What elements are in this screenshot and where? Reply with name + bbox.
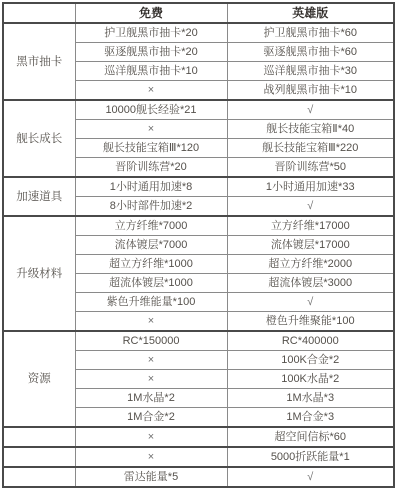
cell-free: 立方纤维*7000 [75,216,227,236]
cell-hero: 流体镀层*17000 [227,236,394,255]
cell-free: 1M合金*2 [75,408,227,428]
cell-hero: 巡洋舰黑市抽卡*30 [227,62,394,81]
cell-free: × [75,81,227,101]
cell-free: 超立方纤维*1000 [75,255,227,274]
group-label-empty-2 [3,447,75,467]
cell-free: RC*150000 [75,331,227,351]
table-row: 黑市抽卡 护卫舰黑市抽卡*20 护卫舰黑市抽卡*60 [3,23,394,43]
cell-free: 1小时通用加速*8 [75,177,227,197]
cell-free: 流体镀层*7000 [75,236,227,255]
cell-free: 晋阶训练营*20 [75,158,227,178]
cell-hero: 超流体镀层*3000 [227,274,394,293]
cell-free: × [75,351,227,370]
cell-free: 舰长技能宝箱Ⅲ*120 [75,139,227,158]
group-label-black-market: 黑市抽卡 [3,23,75,100]
table-row: 加速道具 1小时通用加速*8 1小时通用加速*33 [3,177,394,197]
cell-free: 1M水晶*2 [75,389,227,408]
cell-free: 巡洋舰黑市抽卡*10 [75,62,227,81]
cell-free: × [75,312,227,332]
cell-hero: 立方纤维*17000 [227,216,394,236]
cell-hero: 5000折跃能量*1 [227,447,394,467]
table-row: × 5000折跃能量*1 [3,447,394,467]
group-label-upgrade-materials: 升级材料 [3,216,75,331]
cell-hero: 舰长技能宝箱Ⅱ*40 [227,120,394,139]
group-label-speedup-items: 加速道具 [3,177,75,216]
cell-free: × [75,370,227,389]
group-label-empty-1 [3,427,75,447]
cell-hero: 超空间信标*60 [227,427,394,447]
cell-hero: 1M水晶*3 [227,389,394,408]
cell-hero: 战列舰黑市抽卡*10 [227,81,394,101]
cell-hero: 舰长技能宝箱Ⅲ*220 [227,139,394,158]
cell-hero: RC*400000 [227,331,394,351]
cell-hero: 超立方纤维*2000 [227,255,394,274]
group-label-resources: 资源 [3,331,75,427]
cell-hero: 1M合金*3 [227,408,394,428]
cell-hero: √ [227,197,394,217]
cell-free: 护卫舰黑市抽卡*20 [75,23,227,43]
table-row: × 超空间信标*60 [3,427,394,447]
header-row: 免费 英雄版 [3,3,394,23]
page: 免费 英雄版 黑市抽卡 护卫舰黑市抽卡*20 护卫舰黑市抽卡*60 驱逐舰黑市抽… [0,0,395,488]
cell-hero: 100K合金*2 [227,351,394,370]
cell-hero: 100K水晶*2 [227,370,394,389]
cell-hero: 护卫舰黑市抽卡*60 [227,23,394,43]
cell-free: 驱逐舰黑市抽卡*20 [75,43,227,62]
cell-free: 8小时部件加速*2 [75,197,227,217]
cell-free: 紫色升维能量*100 [75,293,227,312]
table-row: 雷达能量*5 √ [3,467,394,487]
group-label-captain-growth: 舰长成长 [3,100,75,177]
cell-free: 雷达能量*5 [75,467,227,487]
cell-hero: 橙色升维聚能*100 [227,312,394,332]
table-row: 资源 RC*150000 RC*400000 [3,331,394,351]
cell-free: × [75,120,227,139]
cell-free: × [75,447,227,467]
col-header-free: 免费 [75,3,227,23]
rewards-table: 免费 英雄版 黑市抽卡 护卫舰黑市抽卡*20 护卫舰黑市抽卡*60 驱逐舰黑市抽… [2,2,395,488]
col-header-hero: 英雄版 [227,3,394,23]
cell-hero: 晋阶训练营*50 [227,158,394,178]
cell-free: 超流体镀层*1000 [75,274,227,293]
table-row: 舰长成长 10000舰长经验*21 √ [3,100,394,120]
group-label-empty-3 [3,467,75,487]
corner-cell [3,3,75,23]
cell-hero: √ [227,100,394,120]
cell-hero: √ [227,293,394,312]
cell-hero: √ [227,467,394,487]
cell-hero: 驱逐舰黑市抽卡*60 [227,43,394,62]
cell-free: 10000舰长经验*21 [75,100,227,120]
table-row: 升级材料 立方纤维*7000 立方纤维*17000 [3,216,394,236]
cell-hero: 1小时通用加速*33 [227,177,394,197]
cell-free: × [75,427,227,447]
